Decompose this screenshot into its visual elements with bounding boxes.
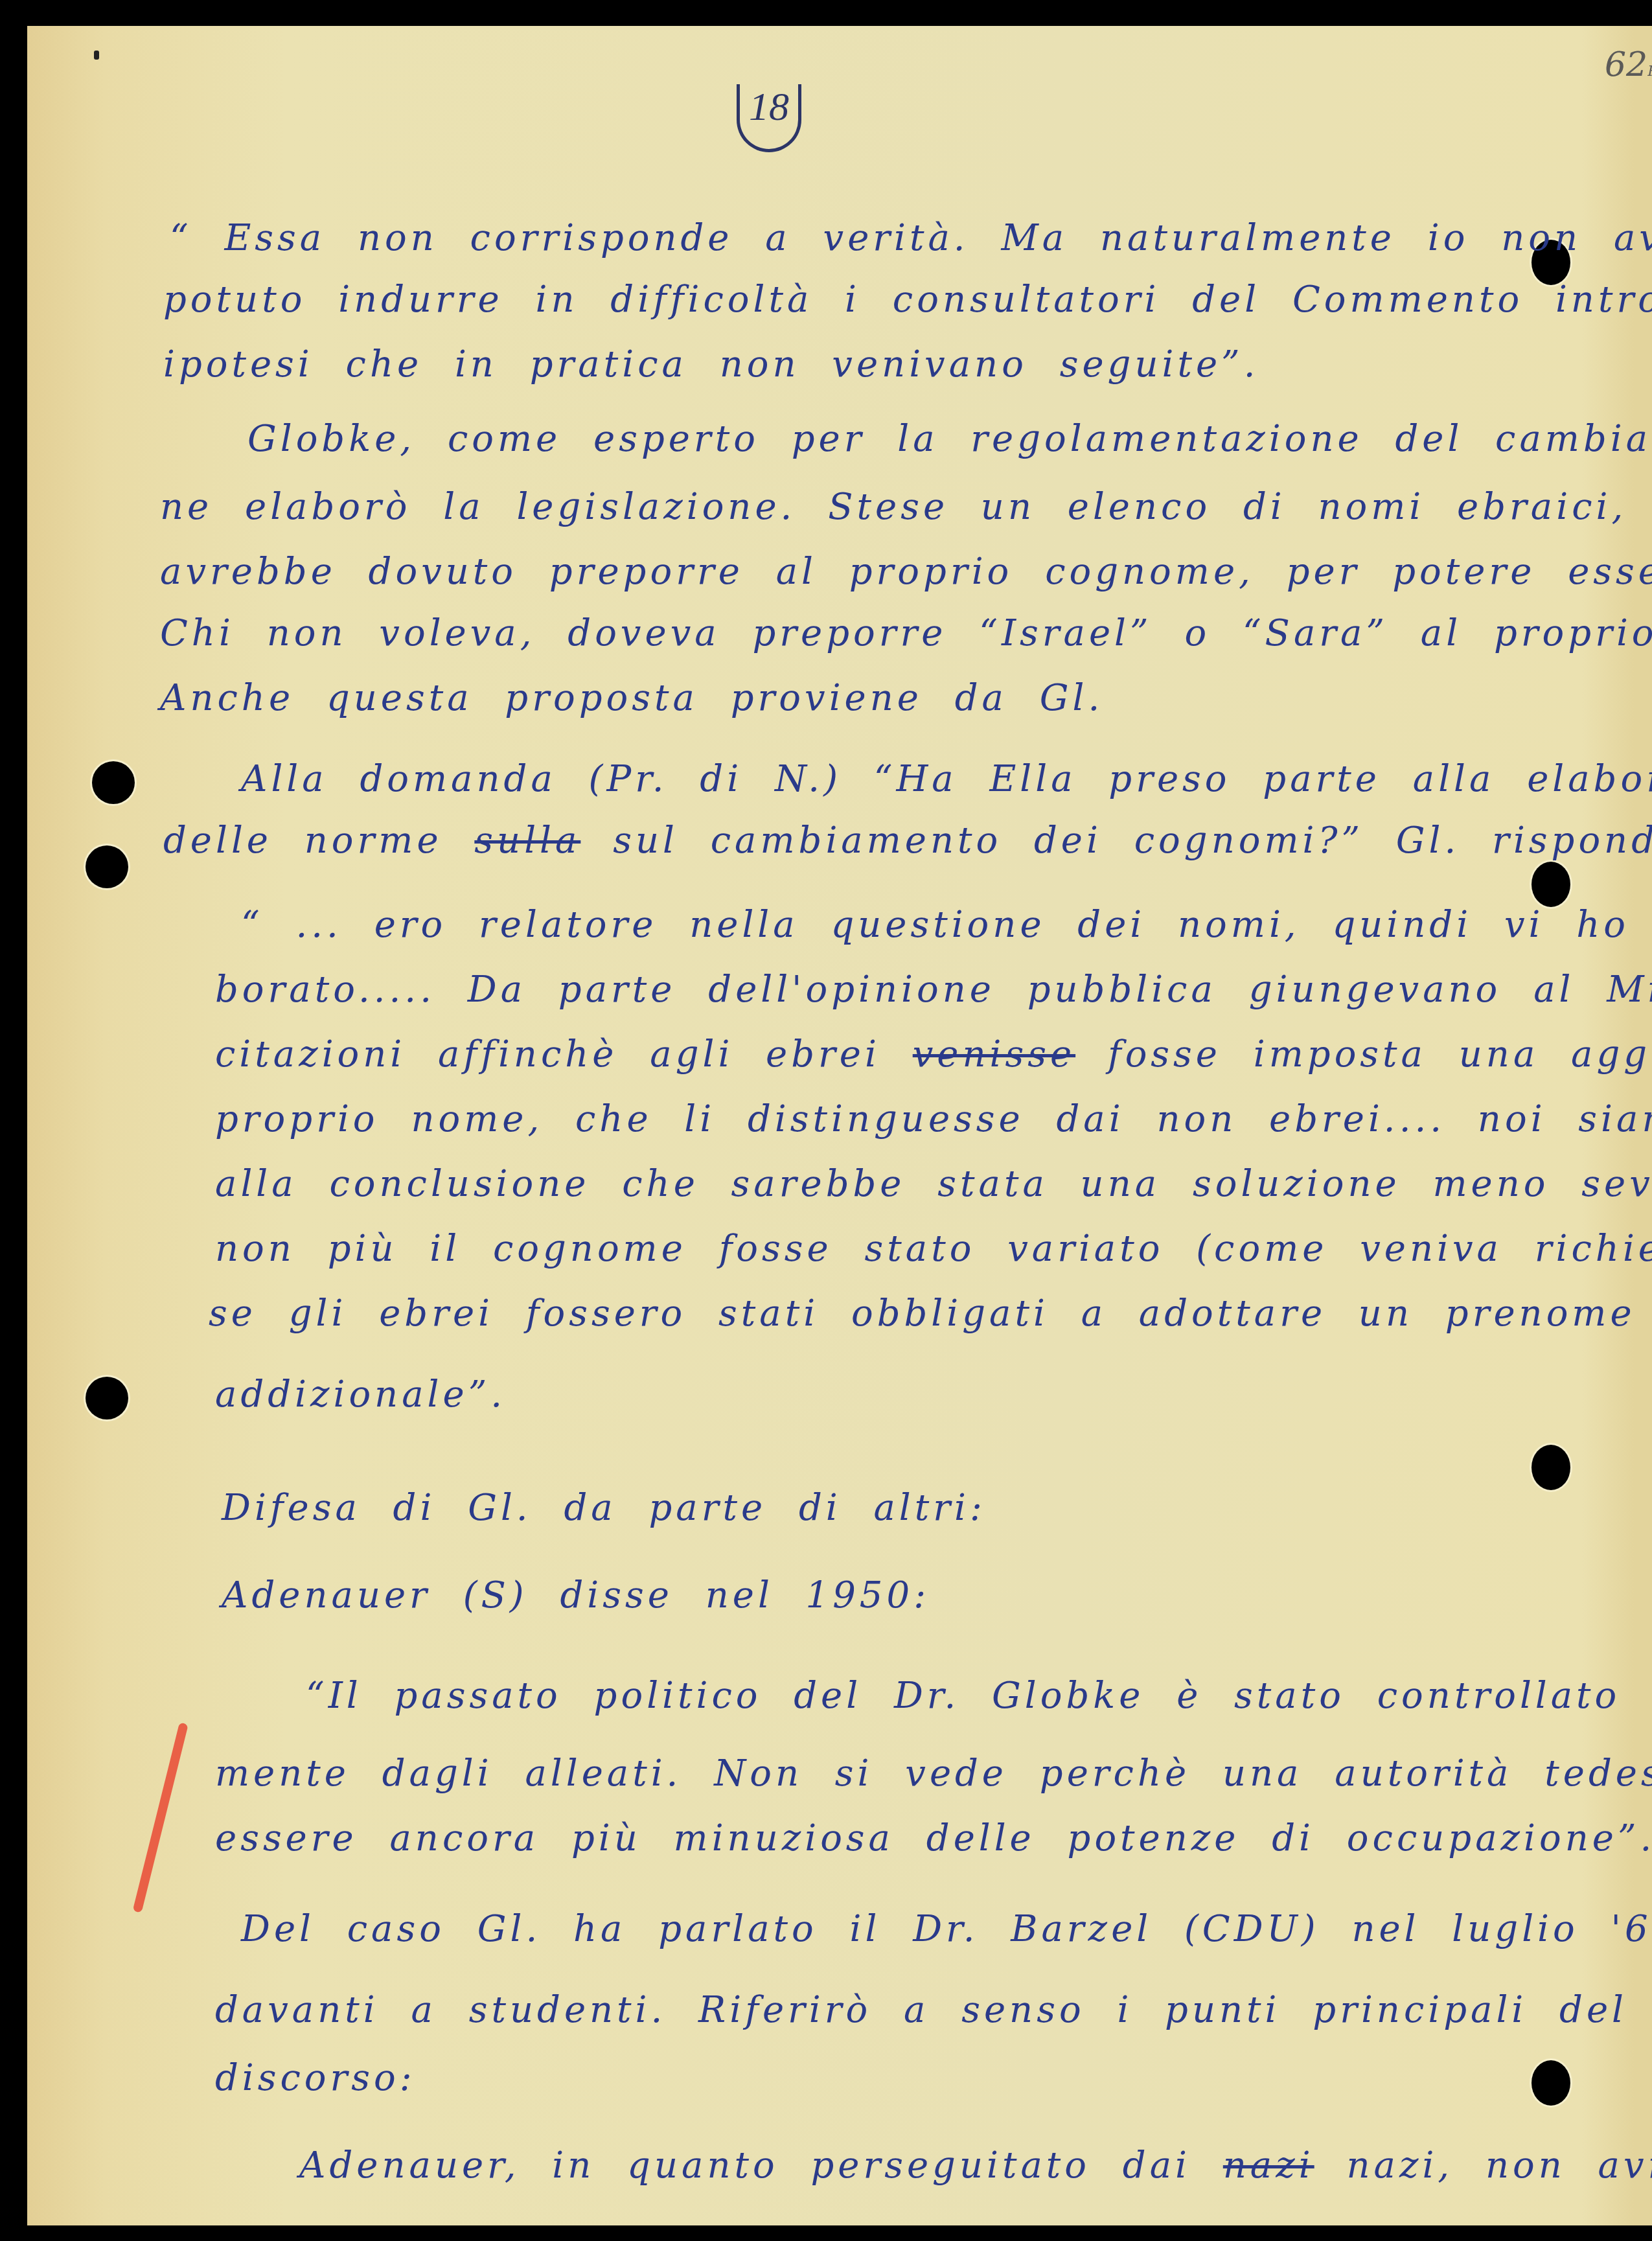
manuscript-page: 62R 18 “ Essa non corrisponde a verità. … bbox=[27, 26, 1652, 2225]
text-line: Del caso Gl. ha parlato il Dr. Barzel (C… bbox=[241, 1908, 1652, 1950]
text-line: alla conclusione che sarebbe stata una s… bbox=[215, 1163, 1652, 1205]
text-line: “ ... ero relatore nella questione dei n… bbox=[241, 904, 1652, 946]
text-line: non più il cognome fosse stato variato (… bbox=[215, 1228, 1652, 1270]
folio-number: 62R bbox=[1605, 45, 1652, 84]
text-line: mente dagli alleati. Non si vede perchè … bbox=[215, 1753, 1652, 1795]
text-line: Difesa di Gl. da parte di altri: bbox=[222, 1487, 986, 1529]
text-line: se gli ebrei fossero stati obbligati a a… bbox=[209, 1293, 1652, 1335]
page-number: 18 bbox=[737, 84, 801, 152]
text-line: “ Essa non corrisponde a verità. Ma natu… bbox=[170, 217, 1652, 259]
text-line: Anche questa proposta proviene da Gl. bbox=[160, 677, 1103, 719]
struck-word: nazi bbox=[1223, 2144, 1314, 2187]
text-line: ipotesi che in pratica non venivano segu… bbox=[163, 343, 1259, 385]
text-line: proprio nome, che li distinguesse dai no… bbox=[215, 1098, 1652, 1140]
text-line: Adenauer, in quanto perseguitato dai naz… bbox=[299, 2144, 1652, 2187]
ink-dot bbox=[94, 51, 99, 60]
punch-hole bbox=[92, 761, 135, 804]
struck-word: sulla bbox=[474, 820, 580, 862]
punch-hole bbox=[86, 1377, 128, 1419]
text-line: Alla domanda (Pr. di N.) “Ha Ella preso … bbox=[241, 758, 1652, 800]
punch-hole bbox=[86, 845, 128, 888]
punch-hole bbox=[1532, 862, 1570, 907]
text-line: discorso: bbox=[215, 2057, 416, 2099]
text-line: Globke, come esperto per la regolamentaz… bbox=[247, 418, 1652, 460]
text-line: addizionale”. bbox=[215, 1373, 506, 1416]
text-line: avrebbe dovuto preporre al proprio cogno… bbox=[160, 551, 1652, 593]
text-line: citazioni affinchè agli ebrei venisse fo… bbox=[215, 1033, 1652, 1075]
text-line: Chi non voleva, doveva preporre “Israel”… bbox=[160, 612, 1652, 654]
red-pencil-margin-mark bbox=[133, 1722, 189, 1913]
text-line: ne elaborò la legislazione. Stese un ele… bbox=[160, 486, 1652, 528]
text-line: Adenauer (S) disse nel 1950: bbox=[222, 1574, 930, 1616]
text-line: essere ancora più minuziosa delle potenz… bbox=[215, 1817, 1652, 1859]
text-line: “Il passato politico del Dr. Globke è st… bbox=[306, 1675, 1652, 1717]
punch-hole bbox=[1532, 1445, 1570, 1490]
text-line: davanti a studenti. Riferirò a senso i p… bbox=[215, 1989, 1652, 2031]
text-line: borato..... Da parte dell'opinione pubbl… bbox=[215, 969, 1652, 1011]
text-line: delle norme sulla sul cambiamento dei co… bbox=[163, 820, 1652, 862]
punch-hole bbox=[1532, 2060, 1570, 2106]
struck-word: venisse bbox=[913, 1033, 1075, 1075]
text-line: potuto indurre in difficoltà i consultat… bbox=[163, 279, 1652, 321]
